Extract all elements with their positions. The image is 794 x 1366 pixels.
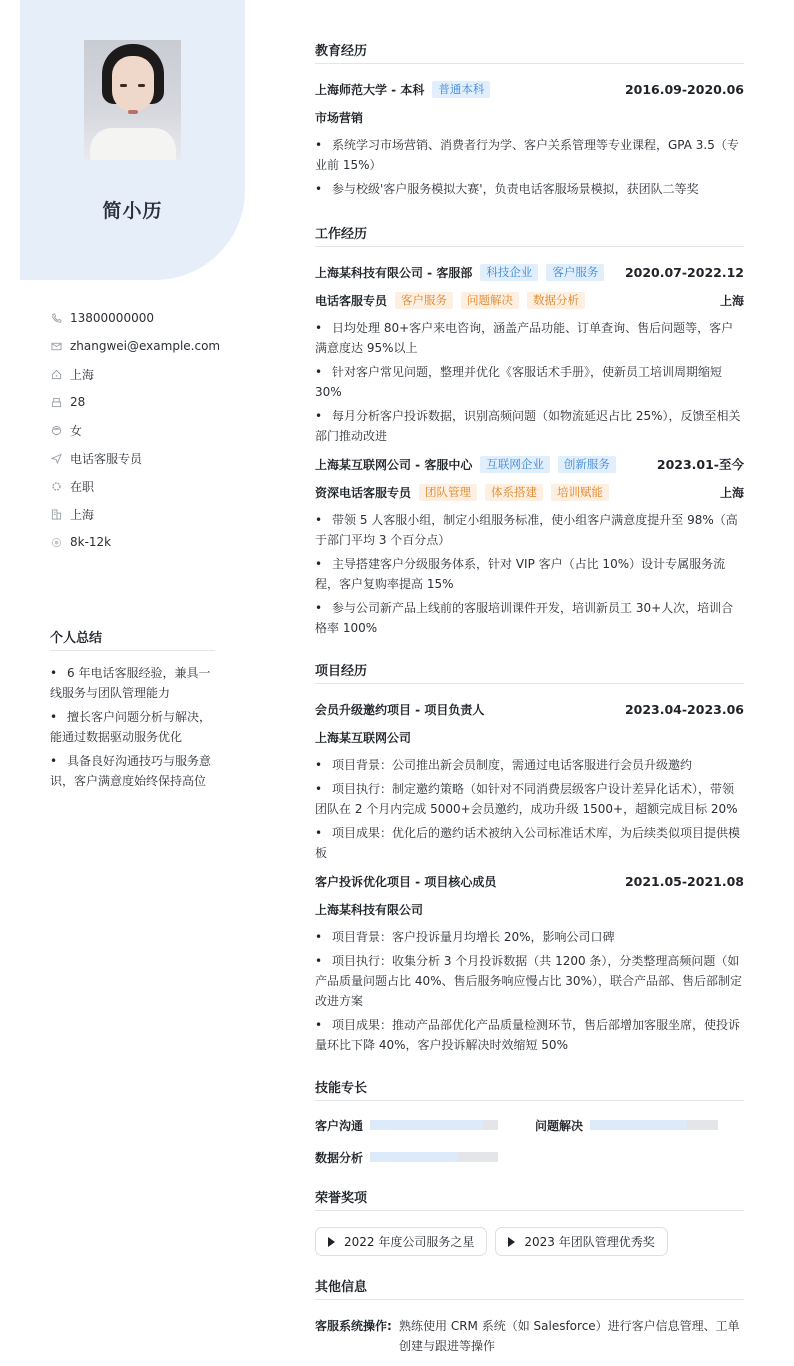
project-header: 会员升级邀约项目 - 项目负责人 2023.04-2023.06 bbox=[315, 695, 744, 723]
bullet-item: 带领 5 人客服小组，制定小组服务标准，使小组客户满意度提升至 98%（高于部门… bbox=[315, 510, 744, 550]
phone-icon bbox=[50, 312, 62, 324]
company-name: 上海某科技有限公司 - 客服部 bbox=[315, 264, 472, 281]
age-icon bbox=[50, 396, 62, 408]
school-name: 上海师范大学 - 本科 bbox=[315, 81, 424, 98]
role-tag: 数据分析 bbox=[527, 292, 585, 309]
skill-item: 客户沟通 bbox=[315, 1115, 535, 1135]
job-city: 上海 bbox=[720, 484, 744, 501]
skill-bar bbox=[370, 1120, 498, 1130]
summary-item: 擅长客户问题分析与解决，能通过数据驱动服务优化 bbox=[50, 707, 215, 747]
building-icon bbox=[50, 508, 62, 520]
job-icon bbox=[50, 452, 62, 464]
project-header: 客户投诉优化项目 - 项目核心成员 2021.05-2021.08 bbox=[315, 867, 744, 895]
contact-salary: 8k-12k bbox=[50, 528, 220, 556]
skill-label: 客户沟通 bbox=[315, 1117, 370, 1134]
play-triangle-icon bbox=[328, 1237, 335, 1247]
project-name: 客户投诉优化项目 - 项目核心成员 bbox=[315, 873, 496, 890]
degree-tag: 普通本科 bbox=[432, 81, 490, 98]
role-title: 电话客服专员 bbox=[315, 292, 387, 309]
status-icon bbox=[50, 480, 62, 492]
skill-bar bbox=[370, 1152, 498, 1162]
education-header: 上海师范大学 - 本科 普通本科 2016.09-2020.06 bbox=[315, 75, 744, 103]
skill-item: 问题解决 bbox=[535, 1115, 744, 1135]
role-row: 电话客服专员 客户服务 问题解决 数据分析 上海 bbox=[315, 286, 744, 314]
main-content: 教育经历 上海师范大学 - 本科 普通本科 2016.09-2020.06 市场… bbox=[315, 40, 744, 1356]
section-title: 工作经历 bbox=[315, 223, 744, 247]
contact-location: 上海 bbox=[50, 360, 220, 388]
job-date: 2020.07-2022.12 bbox=[625, 265, 744, 280]
contact-list: 13800000000 zhangwei@example.com 上海 28 女… bbox=[50, 304, 220, 556]
award-list: 2022 年度公司服务之星 2023 年团队管理优秀奖 bbox=[315, 1227, 744, 1256]
role-row: 资深电话客服专员 团队管理 体系搭建 培训赋能 上海 bbox=[315, 478, 744, 506]
company-name: 上海某互联网公司 - 客服中心 bbox=[315, 456, 472, 473]
award-item[interactable]: 2023 年团队管理优秀奖 bbox=[495, 1227, 667, 1256]
photo-lip bbox=[128, 110, 138, 114]
contact-value: zhangwei@example.com bbox=[70, 339, 220, 353]
project-date: 2021.05-2021.08 bbox=[625, 874, 744, 889]
salary-icon bbox=[50, 536, 62, 548]
summary-list: 6 年电话客服经验，兼具一线服务与团队管理能力 擅长客户问题分析与解决，能通过数… bbox=[50, 663, 215, 791]
contact-phone: 13800000000 bbox=[50, 304, 220, 332]
job-bullets: 日均处理 80+客户来电咨询，涵盖产品功能、订单查询、售后问题等，客户满意度达 … bbox=[315, 318, 744, 446]
section-title: 其他信息 bbox=[315, 1276, 744, 1300]
skill-bar-fill bbox=[370, 1120, 483, 1130]
candidate-name: 简小历 bbox=[20, 196, 245, 223]
bullet-item: 日均处理 80+客户来电咨询，涵盖产品功能、订单查询、售后问题等，客户满意度达 … bbox=[315, 318, 744, 358]
role-tag: 培训赋能 bbox=[551, 484, 609, 501]
education-date: 2016.09-2020.06 bbox=[625, 82, 744, 97]
project-org-row: 上海某科技有限公司 bbox=[315, 895, 744, 923]
role-title: 资深电话客服专员 bbox=[315, 484, 411, 501]
skills-section: 技能专长 客户沟通 问题解决 数据分析 bbox=[315, 1077, 744, 1167]
projects-section: 项目经历 会员升级邀约项目 - 项目负责人 2023.04-2023.06 上海… bbox=[315, 660, 744, 1055]
skill-bar-fill bbox=[370, 1152, 458, 1162]
major-row: 市场营销 bbox=[315, 103, 744, 131]
other-key: 客服系统操作: bbox=[315, 1316, 399, 1356]
contact-value: 上海 bbox=[70, 506, 94, 523]
education-section: 教育经历 上海师范大学 - 本科 普通本科 2016.09-2020.06 市场… bbox=[315, 40, 744, 199]
project-bullets: 项目背景：客户投诉量月均增长 20%，影响公司口碑 项目执行：收集分析 3 个月… bbox=[315, 927, 744, 1055]
photo-eye bbox=[120, 84, 127, 87]
contact-value: 女 bbox=[70, 422, 82, 439]
bullet-item: 每月分析客户投诉数据，识别高频问题（如物流延迟占比 25%），反馈至相关部门推动… bbox=[315, 406, 744, 446]
work-section: 工作经历 上海某科技有限公司 - 客服部 科技企业 客户服务 2020.07-2… bbox=[315, 223, 744, 638]
play-triangle-icon bbox=[508, 1237, 515, 1247]
contact-city: 上海 bbox=[50, 500, 220, 528]
contact-email: zhangwei@example.com bbox=[50, 332, 220, 360]
project-bullets: 项目背景：公司推出新会员制度，需通过电话客服进行会员升级邀约 项目执行：制定邀约… bbox=[315, 755, 744, 863]
bullet-item: 项目执行：收集分析 3 个月投诉数据（共 1200 条），分类整理高频问题（如产… bbox=[315, 951, 744, 1011]
award-label: 2022 年度公司服务之星 bbox=[344, 1233, 474, 1250]
contact-value: 在职 bbox=[70, 478, 94, 495]
bullet-item: 项目背景：公司推出新会员制度，需通过电话客服进行会员升级邀约 bbox=[315, 755, 744, 775]
bullet-item: 项目执行：制定邀约策略（如针对不同消费层级客户设计差异化话术），带领团队在 2 … bbox=[315, 779, 744, 819]
summary-item: 具备良好沟通技巧与服务意识，客户满意度始终保持高位 bbox=[50, 751, 215, 791]
section-title: 项目经历 bbox=[315, 660, 744, 684]
job-header: 上海某科技有限公司 - 客服部 科技企业 客户服务 2020.07-2022.1… bbox=[315, 258, 744, 286]
contact-value: 28 bbox=[70, 395, 85, 409]
job-date: 2023.01-至今 bbox=[657, 455, 744, 473]
other-item: 客服系统操作: 熟练使用 CRM 系统（如 Salesforce）进行客户信息管… bbox=[315, 1316, 744, 1356]
bullet-item: 项目背景：客户投诉量月均增长 20%，影响公司口碑 bbox=[315, 927, 744, 947]
job-header: 上海某互联网公司 - 客服中心 互联网企业 创新服务 2023.01-至今 bbox=[315, 450, 744, 478]
bullet-item: 项目成果：优化后的邀约话术被纳入公司标准话术库，为后续类似项目提供模板 bbox=[315, 823, 744, 863]
bullet-item: 针对客户常见问题，整理并优化《客服话术手册》，使新员工培训周期缩短 30% bbox=[315, 362, 744, 402]
role-tag: 团队管理 bbox=[419, 484, 477, 501]
contact-value: 13800000000 bbox=[70, 311, 154, 325]
other-value: 熟练使用 CRM 系统（如 Salesforce）进行客户信息管理、工单创建与跟… bbox=[399, 1316, 744, 1356]
award-item[interactable]: 2022 年度公司服务之星 bbox=[315, 1227, 487, 1256]
photo-shirt bbox=[90, 128, 176, 160]
skill-label: 问题解决 bbox=[535, 1117, 590, 1134]
major: 市场营销 bbox=[315, 109, 363, 126]
skill-bar bbox=[590, 1120, 718, 1130]
job-bullets: 带领 5 人客服小组，制定小组服务标准，使小组客户满意度提升至 98%（高于部门… bbox=[315, 510, 744, 638]
contact-value: 上海 bbox=[70, 366, 94, 383]
section-title: 荣誉奖项 bbox=[315, 1187, 744, 1211]
skill-bar-fill bbox=[590, 1120, 687, 1130]
company-tag: 客户服务 bbox=[546, 264, 604, 281]
role-tag: 问题解决 bbox=[461, 292, 519, 309]
project-org: 上海某科技有限公司 bbox=[315, 901, 423, 918]
gender-icon bbox=[50, 424, 62, 436]
other-section: 其他信息 客服系统操作: 熟练使用 CRM 系统（如 Salesforce）进行… bbox=[315, 1276, 744, 1356]
project-name: 会员升级邀约项目 - 项目负责人 bbox=[315, 701, 484, 718]
contact-job: 电话客服专员 bbox=[50, 444, 220, 472]
photo-eye bbox=[138, 84, 145, 87]
contact-gender: 女 bbox=[50, 416, 220, 444]
contact-value: 8k-12k bbox=[70, 535, 111, 549]
mail-icon bbox=[50, 340, 62, 352]
skill-item: 数据分析 bbox=[315, 1147, 535, 1167]
company-tag: 互联网企业 bbox=[480, 456, 550, 473]
contact-status: 在职 bbox=[50, 472, 220, 500]
profile-photo bbox=[84, 40, 181, 160]
photo-face bbox=[112, 56, 154, 112]
bullet-item: 系统学习市场营销、消费者行为学、客户关系管理等专业课程，GPA 3.5（专业前 … bbox=[315, 135, 744, 175]
section-title: 个人总结 bbox=[50, 627, 215, 651]
summary-item: 6 年电话客服经验，兼具一线服务与团队管理能力 bbox=[50, 663, 215, 703]
award-label: 2023 年团队管理优秀奖 bbox=[524, 1233, 654, 1250]
role-tag: 客户服务 bbox=[395, 292, 453, 309]
bullet-item: 参与公司新产品上线前的客服培训课件开发，培训新员工 30+人次，培训合格率 10… bbox=[315, 598, 744, 638]
bullet-item: 参与校级'客户服务模拟大赛'，负责电话客服场景模拟，获团队二等奖 bbox=[315, 179, 744, 199]
company-tag: 科技企业 bbox=[480, 264, 538, 281]
project-org-row: 上海某互联网公司 bbox=[315, 723, 744, 751]
project-org: 上海某互联网公司 bbox=[315, 729, 411, 746]
bullet-item: 主导搭建客户分级服务体系，针对 VIP 客户（占比 10%）设计专属服务流程，客… bbox=[315, 554, 744, 594]
summary-section: 个人总结 6 年电话客服经验，兼具一线服务与团队管理能力 擅长客户问题分析与解决… bbox=[50, 627, 215, 795]
contact-age: 28 bbox=[50, 388, 220, 416]
skill-label: 数据分析 bbox=[315, 1149, 370, 1166]
skill-grid: 客户沟通 问题解决 数据分析 bbox=[315, 1115, 744, 1167]
contact-value: 电话客服专员 bbox=[70, 450, 142, 467]
education-bullets: 系统学习市场营销、消费者行为学、客户关系管理等专业课程，GPA 3.5（专业前 … bbox=[315, 135, 744, 199]
bullet-item: 项目成果：推动产品部优化产品质量检测环节，售后部增加客服坐席，使投诉量环比下降 … bbox=[315, 1015, 744, 1055]
project-date: 2023.04-2023.06 bbox=[625, 702, 744, 717]
job-city: 上海 bbox=[720, 292, 744, 309]
section-title: 技能专长 bbox=[315, 1077, 744, 1101]
home-icon bbox=[50, 368, 62, 380]
role-tag: 体系搭建 bbox=[485, 484, 543, 501]
awards-section: 荣誉奖项 2022 年度公司服务之星 2023 年团队管理优秀奖 bbox=[315, 1187, 744, 1256]
section-title: 教育经历 bbox=[315, 40, 744, 64]
company-tag: 创新服务 bbox=[558, 456, 616, 473]
